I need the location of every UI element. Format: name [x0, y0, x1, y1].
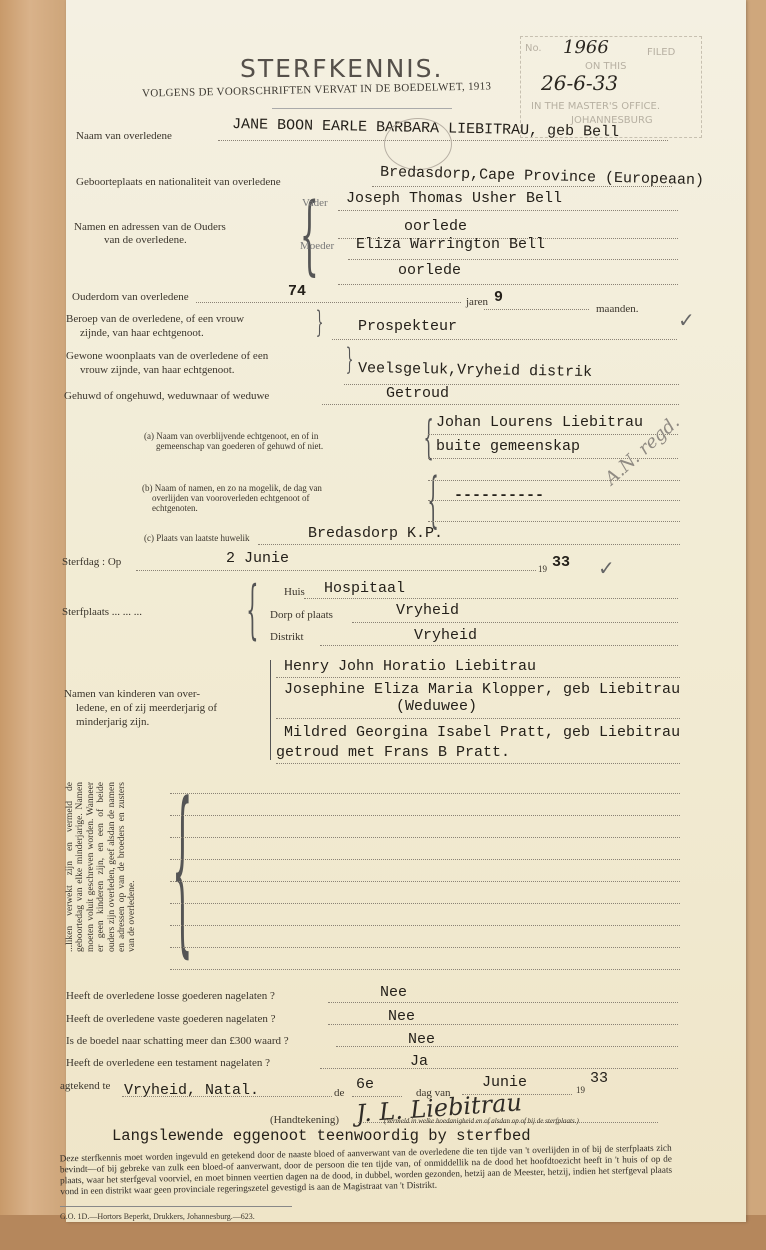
spouse-a-property-regime: buite gemeenskap [436, 438, 580, 455]
residence-value: Veelsgeluk,Vryheid distrik [358, 360, 592, 381]
siblings-line-9 [170, 969, 680, 970]
siblings-line-8 [170, 947, 680, 948]
children-label-1: Namen van kinderen van over- [64, 688, 200, 700]
siblings-line-3 [170, 837, 680, 838]
signature-capacity-note: (Vermeld in welke hoedanigheid en of als… [384, 1117, 579, 1125]
age-years-line [196, 302, 461, 303]
age-years: 74 [288, 283, 306, 300]
siblings-line-2 [170, 815, 680, 816]
signed-at-label: agtekend te [60, 1080, 110, 1092]
spouse-b-line-3 [428, 521, 680, 522]
child-3: Mildred Georgina Isabel Pratt, geb Liebi… [284, 724, 680, 741]
mother-address: oorlede [398, 262, 461, 279]
child-2-status: (Weduwee) [396, 698, 477, 715]
parents-label-1: Namen en adressen van de Ouders [74, 221, 226, 233]
spouse-b-line-2 [428, 500, 680, 501]
father-address: oorlede [404, 218, 467, 235]
residence-brace: } [346, 345, 354, 375]
title-rule [272, 108, 452, 109]
spouse-b-value: ---------- [454, 487, 544, 504]
question-2-answer: Nee [388, 1008, 415, 1025]
age-months: 9 [494, 289, 503, 306]
spouse-b-label-3: echtgenoten. [152, 503, 198, 513]
father-label: Vader [302, 197, 328, 209]
parents-label-2: van de overledene. [104, 234, 187, 246]
printer-imprint: G.O. 1D.—Hortors Beperkt, Drukkers, Joha… [60, 1212, 255, 1222]
death-year-prefix: 19 [538, 564, 547, 574]
question-2-label: Heeft de overledene vaste goederen nagel… [66, 1013, 276, 1025]
birthplace-line [372, 186, 672, 187]
spouse-a-brace: { [424, 414, 434, 460]
signed-year-prefix: 19 [576, 1085, 585, 1095]
children-label-3: minderjarig zijn. [76, 716, 149, 728]
child-2-line [276, 718, 680, 719]
death-date-label: Sterfdag : Op [62, 556, 121, 568]
question-2-line [328, 1024, 678, 1025]
age-months-label: maanden. [596, 303, 638, 315]
document-title: STERFKENNIS. [240, 54, 443, 83]
child-3-line [276, 763, 680, 764]
mother-address-line [338, 284, 678, 285]
signer-capacity: Langslewende eggenoot teenwoordig by ste… [112, 1127, 531, 1145]
question-1-line [328, 1002, 678, 1003]
stamp-filed-label: FILED [647, 47, 675, 58]
child-3-marriage: getroud met Frans B Pratt. [276, 744, 510, 761]
child-1-line [276, 677, 680, 678]
stamp-handwritten-date: 26-6-33 [541, 71, 618, 95]
marital-label: Gehuwd of ongehuwd, weduwnaar of weduwe [64, 390, 269, 402]
document-subtitle: VOLGENS DE VOORSCHRIFTEN VERVAT IN DE BO… [142, 80, 491, 99]
spouse-a-name-line [428, 434, 678, 435]
siblings-line-5 [170, 881, 680, 882]
town-label: Dorp of plaats [270, 609, 333, 621]
house-label: Huis [284, 586, 305, 598]
signed-day: 6e [356, 1076, 374, 1093]
question-1-answer: Nee [380, 984, 407, 1001]
check-mark-icon: ✓ [678, 308, 695, 332]
spouse-a-name: Johan Lourens Liebitrau [436, 414, 643, 431]
spouse-a-label-1: (a) Naam van overblijvende echtgenoot, e… [144, 431, 318, 441]
question-1-label: Heeft de overledene losse goederen nagel… [66, 990, 275, 1002]
last-marriage-place: Bredasdorp K.P. [308, 525, 443, 542]
question-3-label: Is de boedel naar schatting meer dan £30… [66, 1035, 289, 1047]
spouse-c-label: (c) Plaats van laatste huwelik [144, 533, 249, 543]
house-line [304, 598, 678, 599]
instructions-notice: Deze sterfkennis moet worden ingevuld en… [60, 1143, 673, 1198]
death-year: 33 [552, 554, 570, 571]
children-label-2: ledene, en of zij meerderjarig of [76, 702, 217, 714]
vertical-note-text: ...liken verwekt zijn en vermeld de gebo… [65, 782, 171, 952]
town-line [352, 622, 678, 623]
marital-line [322, 404, 679, 405]
child-1: Henry John Horatio Liebitrau [284, 658, 536, 675]
question-4-label: Heeft de overledene een testament nagela… [66, 1057, 270, 1069]
stamp-office: IN THE MASTER'S OFFICE. [531, 101, 660, 112]
stamp-no-label: No. [525, 43, 542, 54]
siblings-brace: { [172, 780, 193, 960]
father-name-line [338, 210, 678, 211]
occupation-line [332, 339, 677, 340]
printer-rule [60, 1206, 292, 1207]
question-4-line [320, 1068, 678, 1069]
district-label: Distrikt [270, 631, 304, 643]
spouse-b-label-1: (b) Naam of namen, en zo na mogelik, de … [142, 483, 322, 493]
siblings-instruction-vertical: ...liken verwekt zijn en vermeld de gebo… [65, 782, 171, 952]
age-years-label: jaren [466, 296, 488, 308]
death-date-line [136, 570, 536, 571]
signature-label: (Handtekening) [270, 1114, 339, 1126]
child-2: Josephine Eliza Maria Klopper, geb Liebi… [284, 681, 680, 698]
mother-name: Eliza Warrington Bell [356, 236, 545, 253]
occupation-label-2: zijnde, van haar echtgenoot. [80, 327, 204, 339]
occupation-brace: } [316, 308, 324, 338]
death-place-label: Sterfplaats ... ... ... [62, 606, 142, 618]
signed-year: 33 [590, 1070, 608, 1087]
house-value: Hospitaal [324, 580, 405, 597]
father-name: Joseph Thomas Usher Bell [346, 190, 562, 207]
mother-name-line [348, 259, 678, 260]
spouse-b-line-1 [428, 480, 680, 481]
siblings-line-4 [170, 859, 680, 860]
siblings-line-7 [170, 925, 680, 926]
district-value: Vryheid [414, 627, 477, 644]
question-3-line [336, 1046, 678, 1047]
occupation-label-1: Beroep van de overledene, of een vrouw [66, 313, 244, 325]
residence-label-1: Gewone woonplaats van de overledene of e… [66, 350, 268, 362]
occupation-value: Prospekteur [358, 318, 457, 335]
death-place-brace: { [246, 578, 258, 642]
residence-label-2: vrouw zijnde, van haar echtgenoot. [80, 364, 235, 376]
mother-label: Moeder [300, 240, 334, 252]
name-label: Naam van overledene [76, 130, 172, 142]
birthplace-label: Geboorteplaats en nationaliteit van over… [76, 176, 281, 188]
children-bracket [270, 660, 271, 760]
siblings-line-1 [170, 793, 680, 794]
spouse-c-line [258, 544, 680, 545]
signed-de-label: de [334, 1087, 344, 1099]
death-date-value: 2 Junie [226, 550, 289, 567]
death-notice-document: STERFKENNIS. VOLGENS DE VOORSCHRIFTEN VE… [66, 0, 746, 1222]
marital-value: Getroud [386, 385, 449, 402]
age-label: Ouderdom van overledene [72, 291, 189, 303]
town-value: Vryheid [396, 602, 459, 619]
spouse-b-label-2: overlijden van vooroverleden echtgenoot … [152, 493, 309, 503]
pencil-circle-mark [384, 118, 452, 170]
district-line [320, 645, 678, 646]
age-months-line [484, 309, 589, 310]
siblings-line-6 [170, 903, 680, 904]
signed-at-line [122, 1096, 332, 1097]
spouse-a-label-2: gemeenschap van goederen of gehuwd of ni… [156, 441, 323, 451]
stamp-number: 1966 [563, 37, 609, 58]
check-mark-icon: ✓ [598, 556, 615, 580]
